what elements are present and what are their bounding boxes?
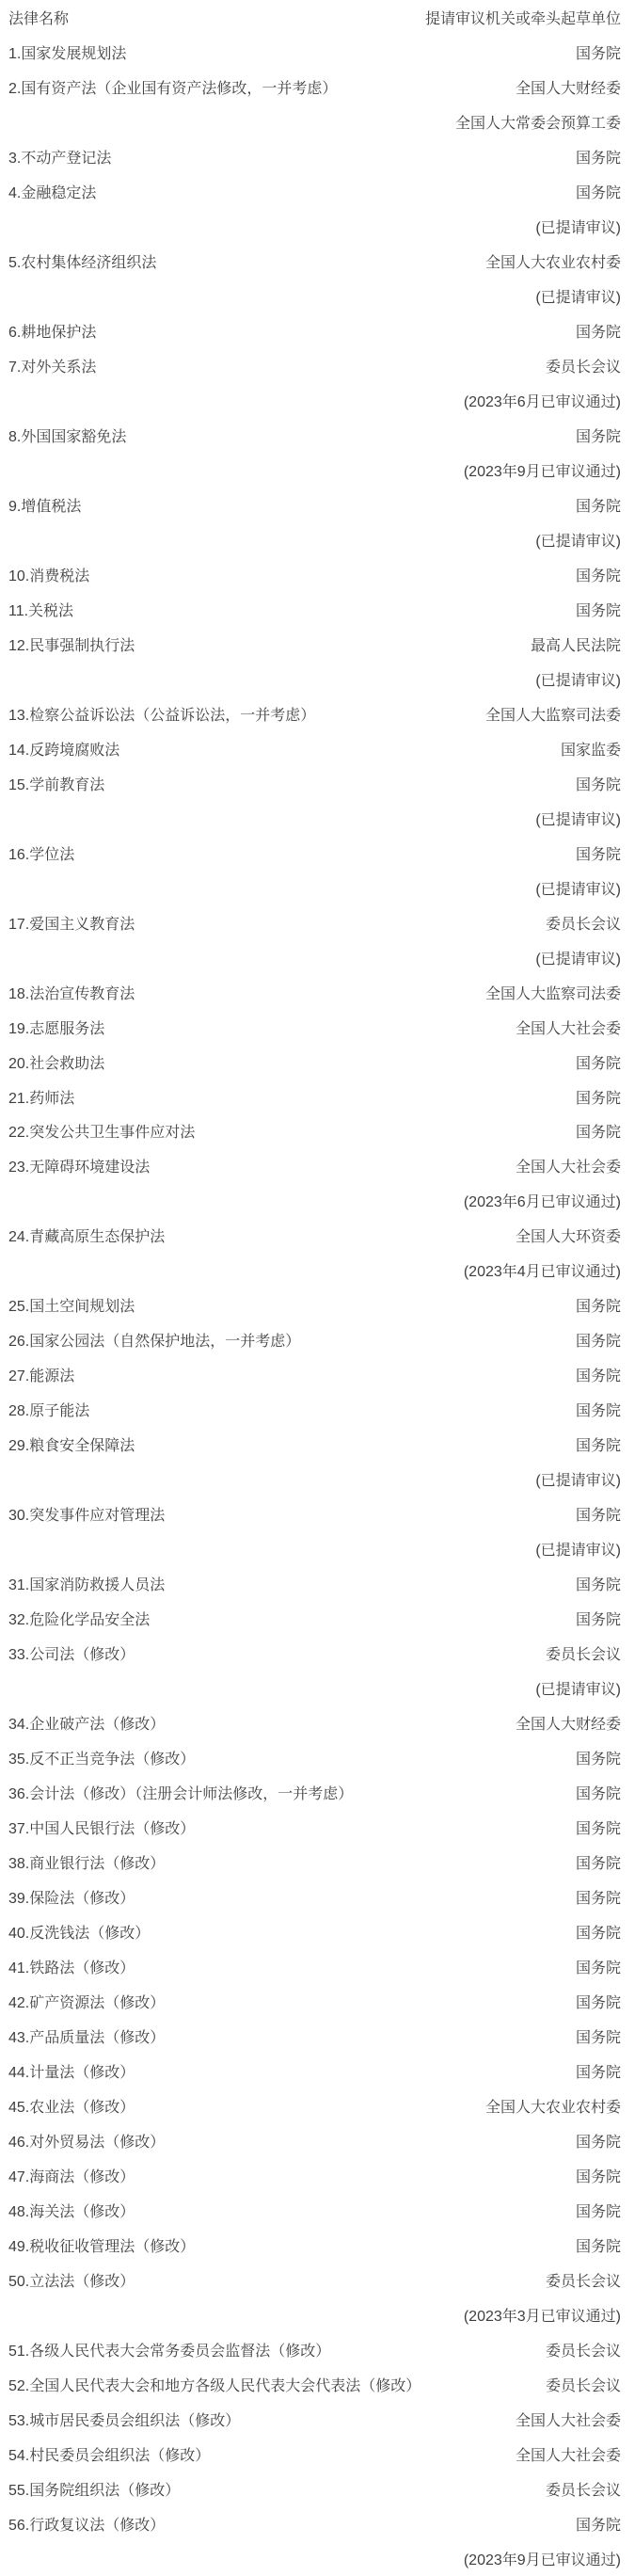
table-row: 32.危险化学品安全法国务院 <box>0 1601 635 1636</box>
agency-name: 国务院 <box>576 2513 621 2535</box>
table-row: 42.矿产资源法（修改）国务院 <box>0 1984 635 2019</box>
agency-name: 全国人大监察司法委 <box>485 703 621 725</box>
agency-name: 全国人大财经委 <box>516 1712 621 1734</box>
agency-name: 国务院 <box>576 1294 621 1316</box>
agency-name: 委员长会议 <box>546 2374 621 2395</box>
agency-name: 国务院 <box>576 1816 621 1838</box>
law-name: 19.志愿服务法 <box>8 1016 104 1038</box>
law-name: 41.铁路法（修改） <box>8 1956 135 1977</box>
agency-name: 委员长会议 <box>546 2339 621 2360</box>
law-name: 25.国土空间规划法 <box>8 1294 135 1316</box>
law-name: 50.立法法（修改） <box>8 2269 135 2291</box>
law-name: 18.法治宣传教育法 <box>8 982 135 1003</box>
agency-name: 国家监委 <box>561 738 621 760</box>
law-name: 7.对外关系法 <box>8 355 96 376</box>
table-row: 48.海关法（修改）国务院 <box>0 2193 635 2228</box>
law-name: 22.突发公共卫生事件应对法 <box>8 1120 195 1142</box>
law-name: 40.反洗钱法（修改） <box>8 1921 150 1943</box>
table-row: 8.外国国家豁免法国务院 <box>0 418 635 453</box>
note-text: (2023年6月已审议通过) <box>464 1190 621 1211</box>
table-row-note: (2023年3月已审议通过) <box>0 2297 635 2332</box>
note-text: (已提请审议) <box>535 1677 621 1699</box>
table-row: 4.金融稳定法国务院 <box>0 174 635 209</box>
agency-name: 国务院 <box>576 842 621 864</box>
law-name: 35.反不正当竞争法（修改） <box>8 1747 195 1768</box>
table-row-note: (2023年9月已审议通过) <box>0 2541 635 2576</box>
table-row: 41.铁路法（修改）国务院 <box>0 1949 635 1984</box>
law-name: 56.行政复议法（修改） <box>8 2513 165 2535</box>
table-row: 17.爱国主义教育法委员长会议 <box>0 905 635 940</box>
table-row-note: (2023年9月已审议通过) <box>0 453 635 488</box>
table-row: 25.国土空间规划法国务院 <box>0 1288 635 1322</box>
agency-name: 全国人大社会委 <box>516 1016 621 1038</box>
law-name: 51.各级人民代表大会常务委员会监督法（修改） <box>8 2339 330 2360</box>
law-name: 32.危险化学品安全法 <box>8 1608 150 1629</box>
table-row: 10.消费税法国务院 <box>0 557 635 592</box>
note-text: (2023年3月已审议通过) <box>464 2304 621 2326</box>
law-name: 47.海商法（修改） <box>8 2165 135 2186</box>
table-row-note: (已提请审议) <box>0 1462 635 1496</box>
law-name: 34.企业破产法（修改） <box>8 1712 165 1734</box>
table-row: 14.反跨境腐败法国家监委 <box>0 731 635 766</box>
table-row-note: (已提请审议) <box>0 662 635 696</box>
table-row-note: (2023年6月已审议通过) <box>0 383 635 418</box>
table-row: 51.各级人民代表大会常务委员会监督法（修改）委员长会议 <box>0 2332 635 2367</box>
table-row: 1.国家发展规划法国务院 <box>0 35 635 70</box>
law-name: 44.计量法（修改） <box>8 2060 135 2082</box>
agency-name: 国务院 <box>576 181 621 202</box>
table-row: 36.会计法（修改）（注册会计师法修改，一并考虑）国务院 <box>0 1775 635 1810</box>
agency-name: 委员长会议 <box>546 355 621 376</box>
law-name: 11.关税法 <box>8 599 73 620</box>
agency-name: 全国人大农业农村委 <box>485 250 621 272</box>
agency-name: 国务院 <box>576 2060 621 2082</box>
agency-name: 国务院 <box>576 2165 621 2186</box>
law-name: 9.增值税法 <box>8 494 81 516</box>
law-name: 2.国有资产法（企业国有资产法修改，一并考虑） <box>8 76 337 98</box>
agency-name: 国务院 <box>576 1086 621 1108</box>
agency-name: 国务院 <box>576 1851 621 1873</box>
note-text: (2023年9月已审议通过) <box>464 459 621 481</box>
legislative-plan-list: 法律名称 提请审议机关或牵头起草单位 1.国家发展规划法国务院2.国有资产法（企… <box>0 0 635 2576</box>
table-row: 53.城市居民委员会组织法（修改）全国人大社会委 <box>0 2402 635 2437</box>
table-row: 27.能源法国务院 <box>0 1357 635 1392</box>
table-row: 52.全国人民代表大会和地方各级人民代表大会代表法（修改）委员长会议 <box>0 2367 635 2402</box>
agency-name: 全国人大社会委 <box>516 2408 621 2430</box>
note-text: (2023年6月已审议通过) <box>464 390 621 411</box>
table-row: 30.突发事件应对管理法国务院 <box>0 1496 635 1531</box>
table-row-note: (已提请审议) <box>0 801 635 836</box>
law-name: 4.金融稳定法 <box>8 181 96 202</box>
agency-name: 委员长会议 <box>546 2478 621 2500</box>
agency-name: 国务院 <box>576 424 621 446</box>
note-text: (2023年9月已审议通过) <box>464 2548 621 2569</box>
agency-name: 国务院 <box>576 599 621 620</box>
agency-name: 国务院 <box>576 41 621 63</box>
table-row: 3.不动产登记法国务院 <box>0 139 635 174</box>
agency-name: 最高人民法院 <box>531 633 621 655</box>
agency-name: 国务院 <box>576 1956 621 1977</box>
table-row-note: (已提请审议) <box>0 1671 635 1705</box>
agency-name: 委员长会议 <box>546 912 621 934</box>
law-name: 48.海关法（修改） <box>8 2200 135 2221</box>
table-row: 12.民事强制执行法最高人民法院 <box>0 627 635 662</box>
note-text: (已提请审议) <box>535 216 621 237</box>
table-row: 47.海商法（修改）国务院 <box>0 2158 635 2193</box>
law-name: 15.学前教育法 <box>8 773 104 794</box>
law-name: 36.会计法（修改）（注册会计师法修改，一并考虑） <box>8 1782 353 1803</box>
table-row: 44.计量法（修改）国务院 <box>0 2054 635 2088</box>
law-name: 12.民事强制执行法 <box>8 633 135 655</box>
law-name: 26.国家公园法（自然保护地法，一并考虑） <box>8 1329 300 1351</box>
table-row: 19.志愿服务法全国人大社会委 <box>0 1010 635 1045</box>
law-name: 33.公司法（修改） <box>8 1642 135 1664</box>
table-row: 6.耕地保护法国务院 <box>0 313 635 348</box>
note-text: (已提请审议) <box>535 808 621 829</box>
law-name: 3.不动产登记法 <box>8 146 111 168</box>
agency-name: 国务院 <box>576 2234 621 2256</box>
table-row: 15.学前教育法国务院 <box>0 766 635 801</box>
table-row: 11.关税法国务院 <box>0 592 635 627</box>
table-row: 35.反不正当竞争法（修改）国务院 <box>0 1740 635 1775</box>
table-row: 7.对外关系法委员长会议 <box>0 348 635 383</box>
table-row: 43.产品质量法（修改）国务院 <box>0 2019 635 2054</box>
law-name: 53.城市居民委员会组织法（修改） <box>8 2408 240 2430</box>
agency-name: 国务院 <box>576 1608 621 1629</box>
note-text: (2023年4月已审议通过) <box>464 1259 621 1281</box>
table-row: 29.粮食安全保障法国务院 <box>0 1427 635 1462</box>
agency-name: 国务院 <box>576 564 621 585</box>
table-row: 22.突发公共卫生事件应对法国务院 <box>0 1114 635 1149</box>
law-name: 27.能源法 <box>8 1364 74 1385</box>
law-name: 31.国家消防救援人员法 <box>8 1573 165 1594</box>
table-row: 18.法治宣传教育法全国人大监察司法委 <box>0 975 635 1010</box>
agency-name: 委员长会议 <box>546 1642 621 1664</box>
table-header-row: 法律名称 提请审议机关或牵头起草单位 <box>0 0 635 35</box>
law-name: 23.无障碍环境建设法 <box>8 1155 150 1176</box>
law-name: 45.农业法（修改） <box>8 2095 135 2117</box>
agency-name: 国务院 <box>576 1991 621 2012</box>
law-name: 6.耕地保护法 <box>8 320 96 342</box>
table-row-note: 全国人大常委会预算工委 <box>0 104 635 139</box>
table-row: 50.立法法（修改）委员长会议 <box>0 2263 635 2297</box>
table-row: 16.学位法国务院 <box>0 836 635 871</box>
agency-name: 国务院 <box>576 320 621 342</box>
table-row: 40.反洗钱法（修改）国务院 <box>0 1914 635 1949</box>
law-name: 39.保险法（修改） <box>8 1886 135 1908</box>
law-name: 28.原子能法 <box>8 1399 89 1420</box>
table-row: 54.村民委员会组织法（修改）全国人大社会委 <box>0 2437 635 2472</box>
agency-name: 国务院 <box>576 1399 621 1420</box>
note-text: (已提请审议) <box>535 877 621 899</box>
law-name: 1.国家发展规划法 <box>8 41 126 63</box>
agency-name: 国务院 <box>576 1886 621 1908</box>
agency-name: 国务院 <box>576 1051 621 1073</box>
note-text: (已提请审议) <box>535 285 621 307</box>
agency-name: 全国人大社会委 <box>516 2443 621 2465</box>
table-row: 13.检察公益诉讼法（公益诉讼法，一并考虑）全国人大监察司法委 <box>0 696 635 731</box>
agency-name: 委员长会议 <box>546 2269 621 2291</box>
table-row: 39.保险法（修改）国务院 <box>0 1880 635 1914</box>
law-name: 8.外国国家豁免法 <box>8 424 126 446</box>
law-column-header: 法律名称 <box>8 7 69 28</box>
agency-name: 全国人大监察司法委 <box>485 982 621 1003</box>
law-name: 42.矿产资源法（修改） <box>8 1991 165 2012</box>
law-name: 24.青藏高原生态保护法 <box>8 1224 165 1246</box>
law-name: 17.爱国主义教育法 <box>8 912 135 934</box>
table-row: 33.公司法（修改）委员长会议 <box>0 1636 635 1671</box>
law-name: 29.粮食安全保障法 <box>8 1433 135 1455</box>
table-row: 26.国家公园法（自然保护地法，一并考虑）国务院 <box>0 1322 635 1357</box>
law-name: 21.药师法 <box>8 1086 74 1108</box>
agency-name: 国务院 <box>576 1573 621 1594</box>
table-row: 9.增值税法国务院 <box>0 488 635 522</box>
table-row-note: (已提请审议) <box>0 940 635 975</box>
agency-name: 国务院 <box>576 2130 621 2152</box>
agency-name: 全国人大社会委 <box>516 1155 621 1176</box>
agency-name: 国务院 <box>576 1433 621 1455</box>
law-name: 13.检察公益诉讼法（公益诉讼法，一并考虑） <box>8 703 315 725</box>
table-body: 1.国家发展规划法国务院2.国有资产法（企业国有资产法修改，一并考虑）全国人大财… <box>0 35 635 2576</box>
agency-name: 国务院 <box>576 1782 621 1803</box>
note-text: 全国人大常委会预算工委 <box>455 111 621 133</box>
agency-name: 全国人大财经委 <box>516 76 621 98</box>
law-name: 37.中国人民银行法（修改） <box>8 1816 195 1838</box>
agency-name: 国务院 <box>576 1503 621 1525</box>
note-text: (已提请审议) <box>535 1468 621 1490</box>
law-name: 10.消费税法 <box>8 564 89 585</box>
agency-name: 国务院 <box>576 773 621 794</box>
law-name: 49.税收征收管理法（修改） <box>8 2234 195 2256</box>
table-row: 45.农业法（修改）全国人大农业农村委 <box>0 2088 635 2123</box>
agency-name: 国务院 <box>576 2025 621 2047</box>
law-name: 16.学位法 <box>8 842 74 864</box>
agency-name: 国务院 <box>576 1921 621 1943</box>
law-name: 43.产品质量法（修改） <box>8 2025 165 2047</box>
law-name: 14.反跨境腐败法 <box>8 738 119 760</box>
law-name: 38.商业银行法（修改） <box>8 1851 165 1873</box>
agency-name: 国务院 <box>576 1120 621 1142</box>
table-row: 2.国有资产法（企业国有资产法修改，一并考虑）全国人大财经委 <box>0 70 635 104</box>
table-row: 46.对外贸易法（修改）国务院 <box>0 2123 635 2158</box>
table-row: 49.税收征收管理法（修改）国务院 <box>0 2228 635 2263</box>
law-name: 55.国务院组织法（修改） <box>8 2478 180 2500</box>
table-row: 38.商业银行法（修改）国务院 <box>0 1845 635 1880</box>
table-row: 31.国家消防救援人员法国务院 <box>0 1566 635 1601</box>
law-name: 20.社会救助法 <box>8 1051 104 1073</box>
table-row: 28.原子能法国务院 <box>0 1392 635 1427</box>
table-row-note: (已提请审议) <box>0 522 635 557</box>
agency-name: 国务院 <box>576 494 621 516</box>
law-name: 52.全国人民代表大会和地方各级人民代表大会代表法（修改） <box>8 2374 421 2395</box>
agency-name: 国务院 <box>576 1364 621 1385</box>
agency-name: 国务院 <box>576 1329 621 1351</box>
note-text: (已提请审议) <box>535 1538 621 1560</box>
table-row-note: (已提请审议) <box>0 871 635 905</box>
table-row: 21.药师法国务院 <box>0 1080 635 1114</box>
table-row: 56.行政复议法（修改）国务院 <box>0 2506 635 2541</box>
agency-name: 国务院 <box>576 2200 621 2221</box>
table-row-note: (2023年4月已审议通过) <box>0 1253 635 1288</box>
law-name: 5.农村集体经济组织法 <box>8 250 156 272</box>
table-row: 23.无障碍环境建设法全国人大社会委 <box>0 1148 635 1183</box>
law-name: 54.村民委员会组织法（修改） <box>8 2443 210 2465</box>
table-row-note: (2023年6月已审议通过) <box>0 1183 635 1218</box>
note-text: (已提请审议) <box>535 947 621 968</box>
agency-column-header: 提请审议机关或牵头起草单位 <box>425 7 621 28</box>
table-row: 20.社会救助法国务院 <box>0 1045 635 1080</box>
table-row-note: (已提请审议) <box>0 279 635 313</box>
table-row: 34.企业破产法（修改）全国人大财经委 <box>0 1705 635 1740</box>
table-row-note: (已提请审议) <box>0 209 635 244</box>
table-row: 24.青藏高原生态保护法全国人大环资委 <box>0 1218 635 1253</box>
table-row-note: (已提请审议) <box>0 1531 635 1566</box>
law-name: 30.突发事件应对管理法 <box>8 1503 165 1525</box>
agency-name: 国务院 <box>576 1747 621 1768</box>
agency-name: 全国人大环资委 <box>516 1224 621 1246</box>
table-row: 5.农村集体经济组织法全国人大农业农村委 <box>0 244 635 279</box>
table-row: 37.中国人民银行法（修改）国务院 <box>0 1810 635 1845</box>
note-text: (已提请审议) <box>535 668 621 690</box>
note-text: (已提请审议) <box>535 529 621 551</box>
agency-name: 国务院 <box>576 146 621 168</box>
table-row: 55.国务院组织法（修改）委员长会议 <box>0 2472 635 2506</box>
law-name: 46.对外贸易法（修改） <box>8 2130 165 2152</box>
agency-name: 全国人大农业农村委 <box>485 2095 621 2117</box>
